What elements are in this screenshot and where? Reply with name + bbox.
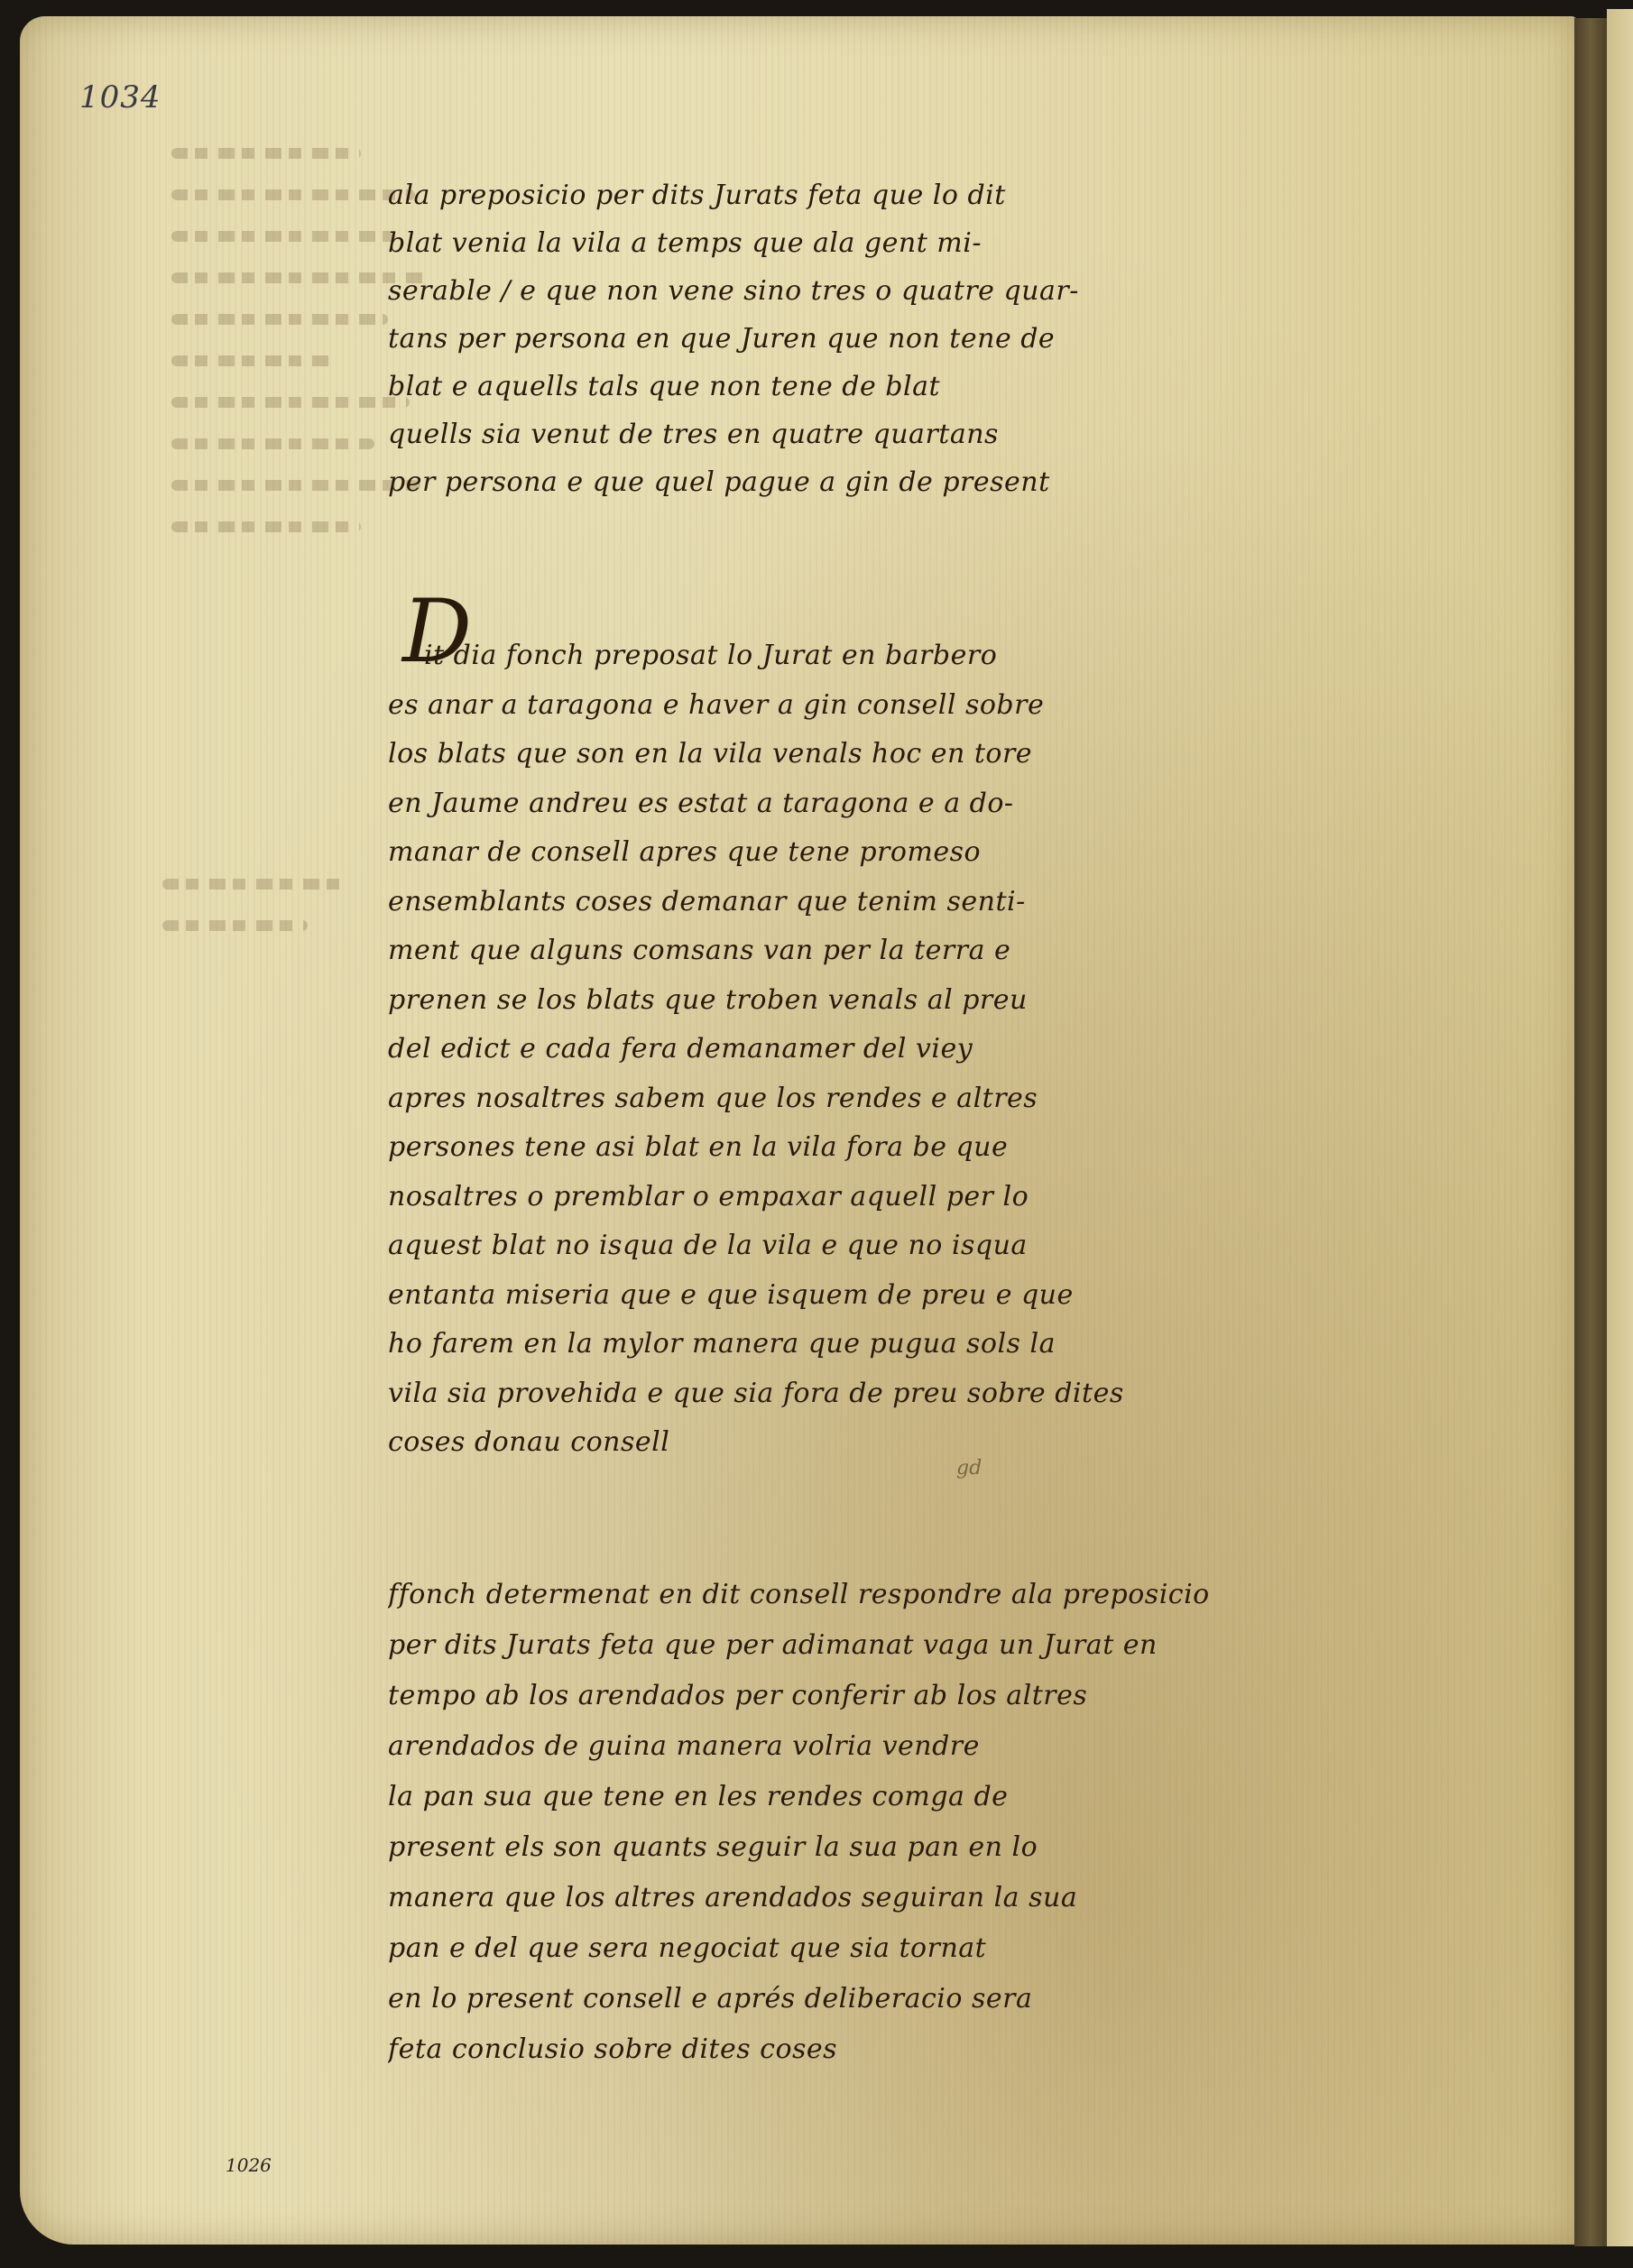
text-line: la pan sua que tene en les rendes comga … <box>388 1772 1362 1822</box>
text-line: entanta miseria que e que isquem de preu… <box>388 1271 1362 1321</box>
text-line: it dia fonch preposat lo Jurat en barber… <box>388 632 1362 681</box>
text-line: serable / e que non vene sino tres o qua… <box>388 267 1362 315</box>
folio-number-top: 1034 <box>79 79 161 115</box>
text-line: ment que alguns comsans van per la terra… <box>388 927 1362 976</box>
paragraph-3: ffonch determenat en dit consell respond… <box>388 1570 1362 2075</box>
text-line: manar de consell apres que tene promeso <box>388 828 1362 878</box>
text-line: ho farem en la mylor manera que pugua so… <box>388 1320 1362 1369</box>
bleed-through-margin <box>162 848 370 956</box>
adjacent-leaf-edge <box>1607 9 1633 2246</box>
text-line: ala preposicio per dits Jurats feta que … <box>388 171 1362 219</box>
text-line: ffonch determenat en dit consell respond… <box>388 1570 1362 1620</box>
text-line: ensemblants coses demanar que tenim sent… <box>388 878 1362 927</box>
binding-gutter <box>1574 18 1607 2246</box>
text-line: en Jaume andreu es estat a taragona e a … <box>388 779 1362 829</box>
folio-number-bottom: 1026 <box>226 2154 272 2176</box>
text-line: feta conclusio sobre dites coses <box>388 2024 1362 2075</box>
paragraph-1: ala preposicio per dits Jurats feta que … <box>388 171 1362 506</box>
text-line: quells sia venut de tres en quatre quart… <box>388 410 1362 458</box>
text-line: persones tene asi blat en la vila fora b… <box>388 1123 1362 1173</box>
text-line: aquest blat no isqua de la vila e que no… <box>388 1222 1362 1271</box>
text-line: blat e aquells tals que non tene de blat <box>388 363 1362 410</box>
text-line: pan e del que sera negociat que sia torn… <box>388 1923 1362 1974</box>
text-line: coses donau consell <box>388 1418 1362 1468</box>
text-line: manera que los altres arendados seguiran… <box>388 1873 1362 1923</box>
text-line: per persona e que quel pague a gin de pr… <box>388 458 1362 506</box>
text-line: vila sia provehida e que sia fora de pre… <box>388 1369 1362 1419</box>
text-line: arendados de guina manera volria vendre <box>388 1721 1362 1772</box>
text-line: tans per persona en que Juren que non te… <box>388 315 1362 363</box>
text-line: blat venia la vila a temps que ala gent … <box>388 219 1362 267</box>
text-line: en lo present consell e aprés deliberaci… <box>388 1974 1362 2024</box>
text-line: tempo ab los arendados per conferir ab l… <box>388 1671 1362 1721</box>
margin-scribble: gd <box>956 1457 982 1480</box>
text-line: del edict e cada fera demanamer del viey <box>388 1025 1362 1074</box>
text-line: es anar a taragona e haver a gin consell… <box>388 681 1362 731</box>
paragraph-2: it dia fonch preposat lo Jurat en barber… <box>388 632 1362 1468</box>
text-line: nosaltres o premblar o empaxar aquell pe… <box>388 1173 1362 1222</box>
text-line: prenen se los blats que troben venals al… <box>388 976 1362 1026</box>
text-line: present els son quants seguir la sua pan… <box>388 1822 1362 1873</box>
text-line: per dits Jurats feta que per adimanat va… <box>388 1620 1362 1671</box>
text-line: los blats que son en la vila venals hoc … <box>388 730 1362 779</box>
text-line: apres nosaltres sabem que los rendes e a… <box>388 1074 1362 1124</box>
